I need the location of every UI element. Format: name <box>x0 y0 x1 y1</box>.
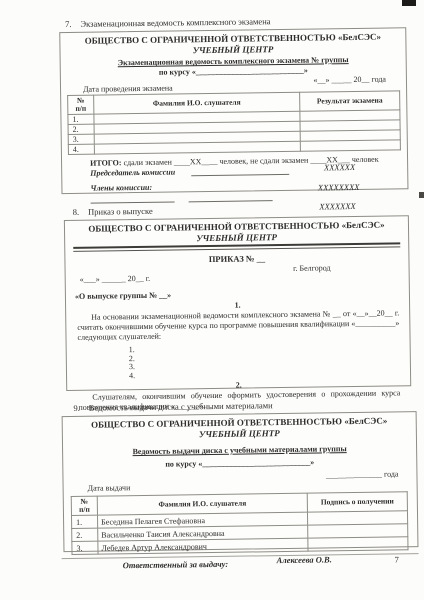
disc-course-line: по курсу «___________________________» <box>63 456 416 471</box>
exam-table: № п/п Фамилия И.О. слушателя Результат э… <box>67 90 401 155</box>
signature-line <box>189 192 273 202</box>
exam-col-num-line2: п/п <box>70 105 91 113</box>
row-num: 1. <box>68 114 94 124</box>
disc-col-num-line2: п/п <box>74 506 95 514</box>
exam-col-num: № п/п <box>68 95 94 114</box>
signature-placeholder: ХХХХХХ <box>324 162 355 172</box>
page-number: 7 <box>395 554 399 564</box>
disc-col-sign: Подпись о получении <box>307 492 407 512</box>
exam-sheet-box: ОБЩЕСТВО С ОГРАНИЧЕННОЙ ОТВЕТСТВЕННОСТЬЮ… <box>59 27 408 194</box>
section7-number: 7. <box>65 19 72 29</box>
section8-heading: 8.Приказ о выпуске <box>73 206 153 217</box>
exam-col-result: Результат экзамена <box>300 91 400 111</box>
exam-date-blank: «__» _____ 20__ года <box>313 75 386 86</box>
row-num: 2. <box>72 528 98 541</box>
responsible-label: Ответственный за выдачу: <box>123 559 229 570</box>
section8-title-text: Приказ о выпуске <box>88 206 153 217</box>
disc-issue-box: ОБЩЕСТВО С ОГРАНИЧЕННОЙ ОТВЕТСТВЕННОСТЬЮ… <box>62 411 419 552</box>
row-num: 4. <box>68 144 94 154</box>
row-sign <box>308 537 408 551</box>
members-label: Члены комиссии: <box>90 183 152 193</box>
signature-line <box>91 194 175 204</box>
order-date-city-row: «___» ______ 20__ г. г. Белгород <box>66 261 409 288</box>
section8-number: 8. <box>73 207 80 217</box>
disc-sheet-title: Ведомость выдачи диска с учебными матери… <box>63 443 416 458</box>
order-date-blank: «___» ______ 20__ г. <box>80 274 151 284</box>
disc-table: № п/п Фамилия И.О. слушателя Подпись о п… <box>71 491 409 555</box>
section7-title-text: Экзаменационная ведомость комплексного э… <box>80 16 270 29</box>
signature-placeholder: ХХХХХХХХ <box>318 182 360 193</box>
row-name <box>94 141 300 154</box>
chairman-label: Председатель комиссии <box>90 168 175 178</box>
order-box: ОБЩЕСТВО С ОГРАНИЧЕННОЙ ОТВЕТСТВЕННОСТЬЮ… <box>64 215 411 391</box>
row-num: 3. <box>72 541 98 554</box>
row-num: 2. <box>68 124 94 134</box>
totals-label: ИТОГО: <box>90 158 122 167</box>
disc-col-num: № п/п <box>71 496 97 515</box>
exam-date-label: Дата проведения экзамена <box>83 84 173 94</box>
section9-heading: 9.Ведомость выдачи диска с учебными мате… <box>73 400 272 413</box>
graduates-list: 1. 2. 3. 4. <box>67 342 410 381</box>
row-num: 1. <box>71 515 97 528</box>
row-name: Лебедев Артур Александрович <box>98 538 308 554</box>
scanned-page: 7.Экзаменационная ведомость комплексного… <box>0 0 424 600</box>
section9-title-text: Ведомость выдачи диска с учебными матери… <box>89 400 273 413</box>
scan-artifact-top-right <box>402 0 416 6</box>
paragraph1-text: На основании экзаменационной ведомости к… <box>66 308 409 343</box>
row-result <box>300 140 400 151</box>
row-num: 3. <box>68 134 94 144</box>
scan-artifact-right-edge <box>419 192 424 198</box>
section9-number: 9. <box>73 403 80 413</box>
section7-heading: 7.Экзаменационная ведомость комплексного… <box>65 16 270 29</box>
signature-line <box>191 166 289 176</box>
order-city: г. Белгород <box>293 263 331 273</box>
